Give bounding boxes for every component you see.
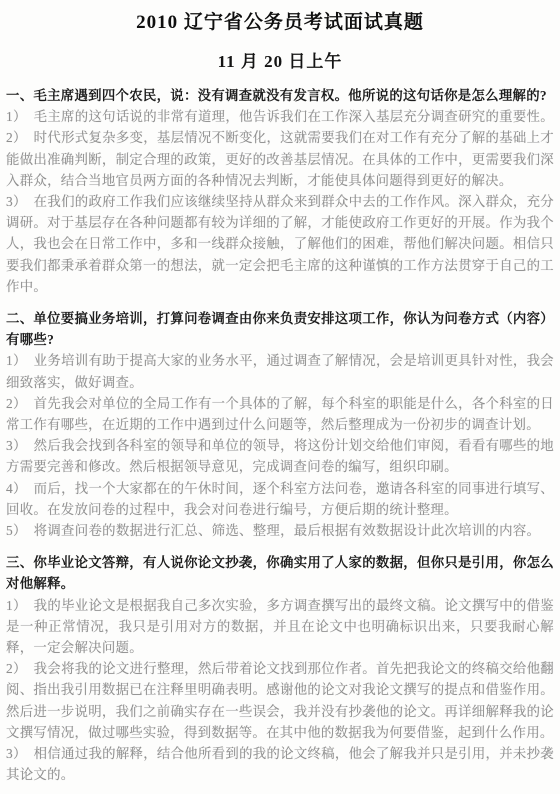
page-subtitle: 11 月 20 日上午 bbox=[6, 51, 554, 73]
answer-paragraph: 3） 相信通过我的解释，结合他所看到的我的论文终稿，他会了解我并只是引用，并未抄… bbox=[6, 743, 554, 785]
answer-paragraph: 1） 业务培训有助于提高大家的业务水平，通过调查了解情况，会是培训更具针对性，我… bbox=[6, 350, 554, 392]
answer-paragraph: 2） 时代形式复杂多变，基层情况不断变化，这就需要我们在对工作有充分了解的基础上… bbox=[6, 127, 554, 191]
page-title: 2010 辽宁省公务员考试面试真题 bbox=[6, 10, 554, 36]
question-heading: 一、毛主席遇到四个农民，说：没有调查就没有发言权。他所说的这句话你是怎么理解的? bbox=[6, 85, 554, 106]
answer-paragraph: 1） 毛主席的这句话说的非常有道理，他告诉我们在工作深入基层充分调查研究的重要性… bbox=[6, 106, 554, 127]
document-page: 2010 辽宁省公务员考试面试真题 11 月 20 日上午 一、毛主席遇到四个农… bbox=[0, 0, 560, 794]
answer-paragraph: 3） 然后我会找到各科室的领导和单位的领导，将这份计划交给他们审阅，看看有哪些的… bbox=[6, 435, 554, 477]
answer-paragraph: 5） 将调查问卷的数据进行汇总、筛选、整理，最后根据有效数据设计此次培训的内容。 bbox=[6, 520, 554, 541]
questions-container: 一、毛主席遇到四个农民，说：没有调查就没有发言权。他所说的这句话你是怎么理解的?… bbox=[6, 85, 554, 786]
question-heading: 二、单位要搞业务培训，打算问卷调查由你来负责安排这项工作，你认为问卷方式（内容）… bbox=[6, 308, 554, 350]
question-block: 二、单位要搞业务培训，打算问卷调查由你来负责安排这项工作，你认为问卷方式（内容）… bbox=[6, 308, 554, 541]
question-block: 三、你毕业论文答辩，有人说你论文抄袭，你确实用了人家的数据，但你只是引用，你怎么… bbox=[6, 552, 554, 785]
answer-paragraph: 4） 而后，找一个大家都在的午休时间，逐个科室方法问卷，邀请各科室的同事进行填写… bbox=[6, 478, 554, 520]
answer-paragraph: 2） 我会将我的论文进行整理，然后带着论文找到那位作者。首先把我论文的终稿交给他… bbox=[6, 658, 554, 743]
question-heading: 三、你毕业论文答辩，有人说你论文抄袭，你确实用了人家的数据，但你只是引用，你怎么… bbox=[6, 552, 554, 594]
answer-paragraph: 1） 我的毕业论文是根据我自己多次实验，多方调查撰写出的最终文稿。论文撰写中的借… bbox=[6, 595, 554, 659]
question-block: 一、毛主席遇到四个农民，说：没有调查就没有发言权。他所说的这句话你是怎么理解的?… bbox=[6, 85, 554, 297]
answer-paragraph: 2） 首先我会对单位的全局工作有一个具体的了解，每个科室的职能是什么，各个科室的… bbox=[6, 393, 554, 435]
answer-paragraph: 3） 在我们的政府工作我们应该继续坚持从群众来到群众中去的工作作风。深入群众，充… bbox=[6, 191, 554, 297]
